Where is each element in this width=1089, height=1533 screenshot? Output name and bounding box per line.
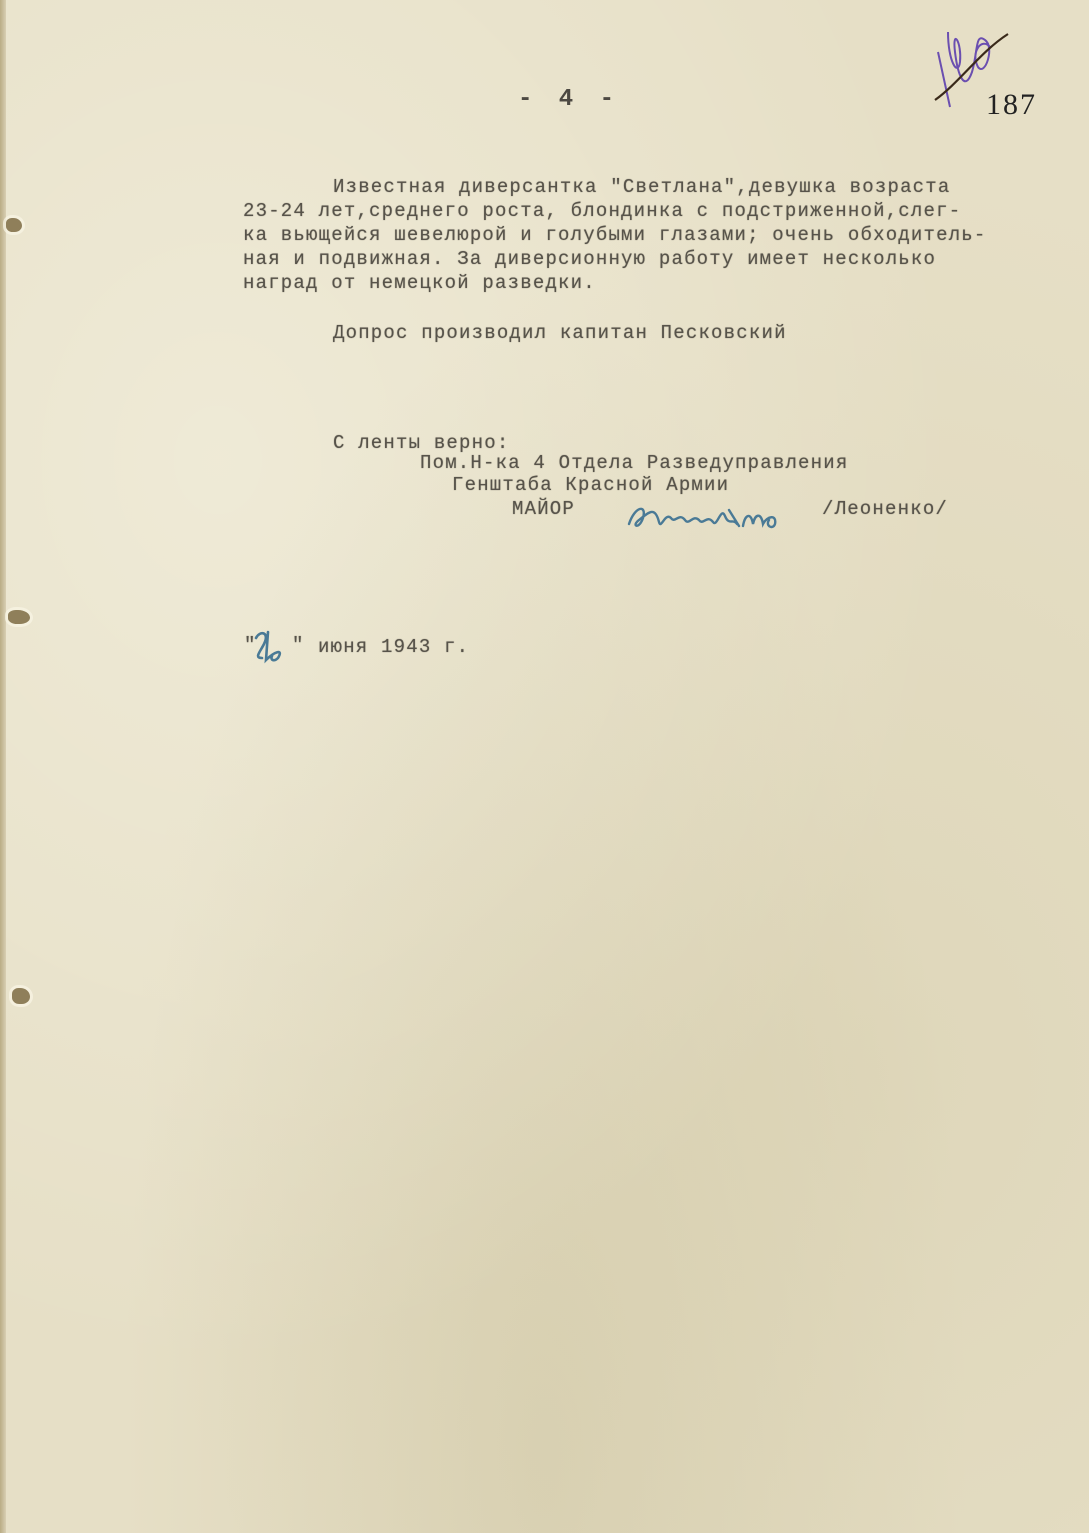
- date-close-quote: ": [292, 634, 305, 656]
- interrogator-line: Допрос производил капитан Песковский: [333, 322, 787, 344]
- signatory-name: /Леоненко/: [822, 498, 948, 520]
- binding-hole: [8, 610, 30, 624]
- binding-hole: [6, 218, 22, 232]
- page-number: - 4 -: [518, 86, 620, 113]
- binding-hole: [12, 988, 30, 1004]
- body-line: Известная диверсантка "Светлана",девушка…: [333, 176, 951, 198]
- date-text: июня 1943 г.: [318, 636, 469, 658]
- body-line: ка вьющейся шевелюрой и голубыми глазами…: [243, 224, 987, 246]
- signature-icon: [625, 496, 820, 536]
- rank: МАЙОР: [512, 498, 575, 520]
- position-line-1: Пом.Н-ка 4 Отдела Разведуправления: [420, 452, 848, 474]
- archive-sheet-number: 187: [986, 88, 1037, 122]
- handwritten-day-icon: [252, 628, 292, 664]
- body-line: 23-24 лет,среднего роста, блондинка с по…: [243, 200, 961, 222]
- body-line: наград от немецкой разведки.: [243, 272, 596, 294]
- paper-left-edge: [0, 0, 6, 1533]
- body-line: ная и подвижная. За диверсионную работу …: [243, 248, 936, 270]
- position-line-2: Генштаба Красной Армии: [452, 474, 729, 496]
- certification-label: С ленты верно:: [333, 432, 509, 454]
